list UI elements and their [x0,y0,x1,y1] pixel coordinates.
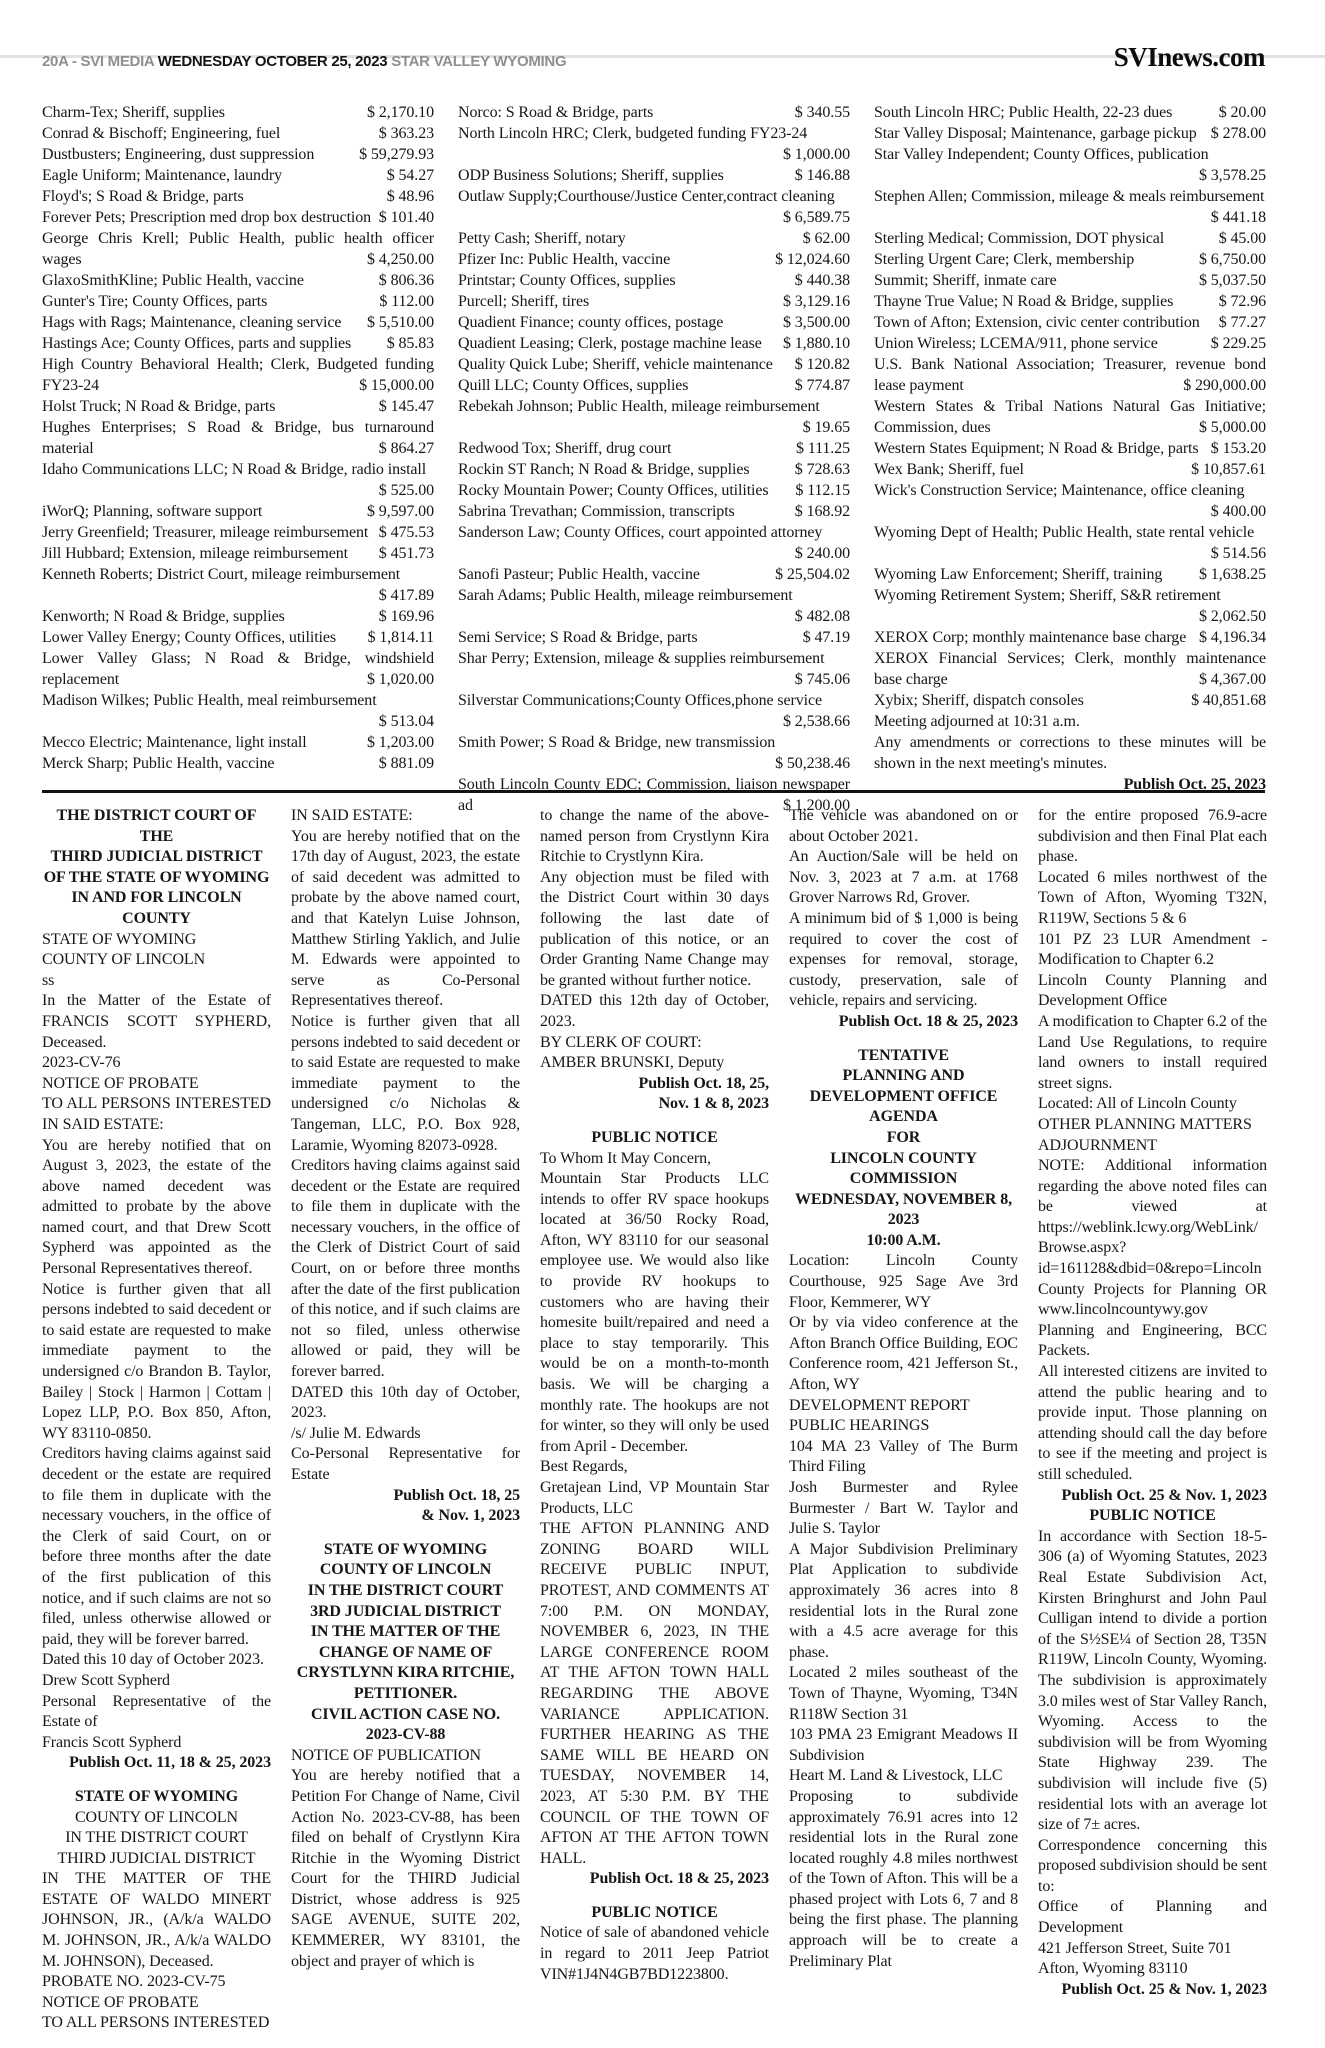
payment-description: iWorQ; Planning, software support [42,503,262,520]
payment-entry: George Chris Krell; Public Health, publi… [42,228,434,270]
legal-text-block: Personal Representative of the Estate of [42,1692,271,1733]
payment-amount: $ 728.63 [795,459,850,480]
payment-description: GlaxoSmithKline; Public Health, vaccine [42,272,304,289]
payment-entry: Printstar; County Offices, supplies$ 440… [458,270,850,291]
legal-text-block: Located: All of Lincoln County [1038,1094,1267,1115]
payment-entry: Jerry Greenfield; Treasurer, mileage rei… [42,522,434,543]
legal-text-block: Dated this 10 day of October 2023. [42,1650,271,1671]
payment-amount: $ 806.36 [379,270,434,291]
payment-amount: $ 774.87 [795,375,850,396]
payment-entry: Western States Equipment; N Road & Bridg… [874,438,1266,459]
legal-text-block: THIRD JUDICIAL DISTRICT [42,1849,271,1870]
payment-entry: Wex Bank; Sheriff, fuel$ 10,857.61 [874,459,1266,480]
payment-description: Jill Hubbard; Extension, mileage reimbur… [42,545,348,562]
payment-amount: $ 5,037.50 [1199,270,1266,291]
payment-entry: U.S. Bank National Association; Treasure… [874,354,1266,396]
legal-text-block: Creditors having claims against said dec… [42,1444,271,1650]
legal-text-block: You are hereby notified that a Petition … [291,1766,520,1972]
payment-description: Dustbusters; Engineering, dust suppressi… [42,146,314,163]
section-divider-rule [42,790,1265,793]
payment-amount: $ 48.96 [387,186,434,207]
legal-text-block: Publish Oct. 11, 18 & 25, 2023 [42,1753,271,1774]
payment-description: XEROX Corp; monthly maintenance base cha… [874,629,1186,646]
legal-text-block: 103 PMA 23 Emigrant Meadows II Subdivisi… [789,1725,1018,1766]
legal-text-block: ss [42,971,271,992]
payment-entry: Wick's Construction Service; Maintenance… [874,480,1266,522]
payment-entry: Union Wireless; LCEMA/911, phone service… [874,333,1266,354]
legal-text-block: Publish Oct. 25 & Nov. 1, 2023 [1038,1980,1267,2001]
payment-description: Quill LLC; County Offices, supplies [458,377,688,394]
legal-text-block: Notice is further given that all persons… [291,1012,520,1156]
minutes-note: Meeting adjourned at 10:31 a.m. [874,711,1266,732]
payment-description: Xybix; Sheriff, dispatch consoles [874,692,1084,709]
payment-entry: Quadient Leasing; Clerk, postage machine… [458,333,850,354]
payment-description: Silverstar Communications;County Offices… [458,692,822,709]
legal-text-block: Publish Oct. 25 & Nov. 1, 2023 [1038,1486,1267,1507]
payment-amount: $ 2,170.10 [367,102,434,123]
payment-entry: Jill Hubbard; Extension, mileage reimbur… [42,543,434,564]
payment-amount: $ 77.27 [1219,312,1266,333]
payment-amount: $ 363.23 [379,123,434,144]
legal-text-block: You are hereby notified that on the 17th… [291,827,520,1012]
payment-entry: Sterling Urgent Care; Clerk, membership$… [874,249,1266,270]
payment-amount: $ 50,238.46 [775,753,850,774]
legal-text-block: In accordance with Section 18-5-306 (a) … [1038,1527,1267,1836]
payment-amount: $ 15,000.00 [359,375,434,396]
payment-amount: $ 111.25 [796,438,850,459]
payment-entry: iWorQ; Planning, software support$ 9,597… [42,501,434,522]
payment-amount: $ 4,250.00 [367,249,434,270]
payments-column-3-entries: South Lincoln HRC; Public Health, 22-23 … [874,102,1266,711]
payment-entry: Summit; Sheriff, inmate care$ 5,037.50 [874,270,1266,291]
payment-amount: $ 514.56 [1211,543,1266,564]
payment-description: Madison Wilkes; Public Health, meal reim… [42,692,377,709]
payment-amount: $ 1,000.00 [783,144,850,165]
payment-description: Charm-Tex; Sheriff, supplies [42,104,225,121]
legal-text-block: TO ALL PERSONS INTERESTED [42,2013,271,2034]
payment-entry: Charm-Tex; Sheriff, supplies$ 2,170.10 [42,102,434,123]
legal-text-block: IN SAID ESTATE: [291,806,520,827]
legal-text-block: for the entire proposed 76.9-acre subdiv… [1038,806,1267,868]
legal-text-block: Co-Personal Representative for Estate [291,1444,520,1485]
payment-description: Rocky Mountain Power; County Offices, ut… [458,482,769,499]
payment-amount: $ 340.55 [795,102,850,123]
payment-entry: Hags with Rags; Maintenance, cleaning se… [42,312,434,333]
legal-text-block: Francis Scott Sypherd [42,1733,271,1754]
legal-text-block: Heart M. Land & Livestock, LLC [789,1766,1018,1787]
payment-description: Rebekah Johnson; Public Health, mileage … [458,398,820,415]
legal-text-block: In the Matter of the Estate of FRANCIS S… [42,991,271,1053]
legal-text-block: NOTICE OF PROBATE [42,1993,271,2014]
payment-description: Wyoming Retirement System; Sheriff, S&R … [874,587,1221,604]
legal-text-block: NOTE: Additional information regarding t… [1038,1156,1267,1362]
payment-description: Summit; Sheriff, inmate care [874,272,1057,289]
payment-amount: $ 169.96 [379,606,434,627]
legal-text-block: PUBLIC HEARINGS [789,1416,1018,1437]
payment-description: Stephen Allen; Commission, mileage & mea… [874,188,1264,205]
legal-text-block: COUNTY OF LINCOLN [42,950,271,971]
payment-description: Star Valley Independent; County Offices,… [874,146,1209,163]
legal-text-block: You are hereby notified that on August 3… [42,1136,271,1280]
legal-text-block: All interested citizens are invited to a… [1038,1362,1267,1486]
payment-amount: $ 19.65 [803,417,850,438]
payment-entry: Stephen Allen; Commission, mileage & mea… [874,186,1266,228]
legal-text-block: COUNTY OF LINCOLN [42,1808,271,1829]
payment-entry: Rockin ST Ranch; N Road & Bridge, suppli… [458,459,850,480]
payment-entry: Quill LLC; County Offices, supplies$ 774… [458,375,850,396]
legal-text-block: Office of Planning and Development [1038,1897,1267,1938]
payment-amount: $ 881.09 [379,753,434,774]
newspaper-page: 20A - SVI MEDIA WEDNESDAY OCTOBER 25, 20… [0,0,1325,2048]
masthead-url: SVInews.com [1114,44,1265,71]
legal-text-block: Creditors having claims against said dec… [291,1156,520,1383]
payment-amount: $ 290,000.00 [1183,375,1266,396]
payment-description: Kenneth Roberts; District Court, mileage… [42,566,400,583]
payment-amount: $ 4,367.00 [1199,669,1266,690]
legal-text-block: Best Regards, [540,1457,769,1478]
legal-text-block: IN THE DISTRICT COURT [42,1828,271,1849]
payment-amount: $ 6,589.75 [783,207,850,228]
legal-text-block: Or by via video conference at the Afton … [789,1313,1018,1395]
legal-text-block: Afton, Wyoming 83110 [1038,1959,1267,1980]
legal-text-block: NOTICE OF PROBATE [42,1074,271,1095]
legal-text-block: STATE OF WYOMING COUNTY OF LINCOLN IN TH… [291,1540,520,1705]
legal-text-block: 104 MA 23 Valley of The Burm Third Filin… [789,1437,1018,1478]
legal-text-block: Any objection must be filed with the Dis… [540,868,769,992]
payment-amount: $ 59,279.93 [359,144,434,165]
payment-amount: $ 3,500.00 [783,312,850,333]
legal-text-block: Publish Oct. 18 & 25, 2023 [789,1012,1018,1033]
payment-entry: Mecco Electric; Maintenance, light insta… [42,732,434,753]
payment-entry: Lower Valley Energy; County Offices, uti… [42,627,434,648]
payment-description: Sterling Medical; Commission, DOT physic… [874,230,1164,247]
payment-entry: Idaho Communications LLC; N Road & Bridg… [42,459,434,501]
payment-entry: Silverstar Communications;County Offices… [458,690,850,732]
payment-amount: $ 112.00 [379,291,434,312]
payment-description: Sanderson Law; County Offices, court app… [458,524,822,541]
payment-entry: Hastings Ace; County Offices, parts and … [42,333,434,354]
payment-description: Smith Power; S Road & Bridge, new transm… [458,734,775,751]
payment-entry: Eagle Uniform; Maintenance, laundry$ 54.… [42,165,434,186]
legal-text-block: Publish Oct. 18, 25 & Nov. 1, 2023 [291,1486,520,1527]
legal-text-block: IN THE MATTER OF THE ESTATE OF WALDO MIN… [42,1869,271,1972]
payment-description: Hughes Enterprises; S Road & Bridge, bus… [42,419,434,457]
legal-column-5: for the entire proposed 76.9-acre subdiv… [1038,806,1267,2034]
payment-entry: Shar Perry; Extension, mileage & supplie… [458,648,850,690]
legal-column-2: IN SAID ESTATE:You are hereby notified t… [291,806,520,2034]
payment-amount: $ 2,538.66 [783,711,850,732]
payment-entry: Lower Valley Glass; N Road & Bridge, win… [42,648,434,690]
folio-header: 20A - SVI MEDIA WEDNESDAY OCTOBER 25, 20… [42,44,1265,71]
legal-text-block: A modification to Chapter 6.2 of the Lan… [1038,1012,1267,1094]
legal-text-block: DATED this 10th day of October, 2023. [291,1383,520,1424]
legal-text-block: The vehicle was abandoned on or about Oc… [789,806,1018,847]
payment-entry: Norco: S Road & Bridge, parts$ 340.55 [458,102,850,123]
payment-entry: Rocky Mountain Power; County Offices, ut… [458,480,850,501]
payment-amount: $ 168.92 [795,501,850,522]
legal-column-1: THE DISTRICT COURT OF THE THIRD JUDICIAL… [42,806,271,2034]
legal-text-block: BY CLERK OF COURT: [540,1033,769,1054]
payment-entry: Purcell; Sheriff, tires$ 3,129.16 [458,291,850,312]
legal-text-block: DATED this 12th day of October, 2023. [540,991,769,1032]
legal-text-block: PUBLIC NOTICE [540,1903,769,1924]
legal-text-block: Proposing to subdivide approximately 76.… [789,1787,1018,1972]
legal-text-block: To Whom It May Concern, [540,1149,769,1170]
payment-description: Star Valley Disposal; Maintenance, garba… [874,125,1197,142]
payment-description: Jerry Greenfield; Treasurer, mileage rei… [42,524,368,541]
payment-amount: $ 745.06 [795,669,850,690]
legal-text-block: Notice of sale of abandoned vehicle in r… [540,1923,769,1985]
legal-text-block [42,1774,271,1787]
payment-amount: $ 5,510.00 [367,312,434,333]
legal-text-block: Located 2 miles southeast of the Town of… [789,1663,1018,1725]
payment-amount: $ 10,857.61 [1191,459,1266,480]
payment-entry: Floyd's; S Road & Bridge, parts$ 48.96 [42,186,434,207]
legal-text-block: Lincoln County Planning and Development … [1038,971,1267,1012]
payment-description: Kenworth; N Road & Bridge, supplies [42,608,285,625]
payment-entry: GlaxoSmithKline; Public Health, vaccine$… [42,270,434,291]
payment-amount: $ 440.38 [795,270,850,291]
payment-amount: $ 112.15 [795,480,850,501]
payment-description: Printstar; County Offices, supplies [458,272,676,289]
payment-amount: $ 513.04 [379,711,434,732]
legal-text-block: Mountain Star Products LLC intends to of… [540,1169,769,1457]
legal-text-block: Correspondence concerning this proposed … [1038,1836,1267,1898]
payment-amount: $ 451.73 [379,543,434,564]
payment-entry: Sanderson Law; County Offices, court app… [458,522,850,564]
legal-text-block: PUBLIC NOTICE [1038,1506,1267,1527]
payment-entry: High Country Behavioral Health; Clerk, B… [42,354,434,396]
payment-entry: Wyoming Retirement System; Sheriff, S&R … [874,585,1266,627]
legal-text-block: Josh Burmester and Rylee Burmester / Bar… [789,1478,1018,1540]
legal-text-block: PUBLIC NOTICE [540,1128,769,1149]
region-label: STAR VALLEY WYOMING [391,53,566,70]
payment-entry: ODP Business Solutions; Sheriff, supplie… [458,165,850,186]
payment-amount: $ 101.40 [379,207,434,228]
payment-description: Hags with Rags; Maintenance, cleaning se… [42,314,341,331]
payment-amount: $ 441.18 [1211,207,1266,228]
payment-entry: Gunter's Tire; County Offices, parts$ 11… [42,291,434,312]
payment-amount: $ 1,880.10 [783,333,850,354]
legal-text-block: OTHER PLANNING MATTERS [1038,1115,1267,1136]
page-number-label: 20A - SVI MEDIA [42,53,154,70]
legal-text-block: STATE OF WYOMING [42,1787,271,1808]
payment-entry: Outlaw Supply;Courthouse/Justice Center,… [458,186,850,228]
payment-entry: Sterling Medical; Commission, DOT physic… [874,228,1266,249]
payment-amount: $ 85.83 [387,333,434,354]
payment-entry: XEROX Corp; monthly maintenance base cha… [874,627,1266,648]
payment-entry: Madison Wilkes; Public Health, meal reim… [42,690,434,732]
payment-description: South Lincoln HRC; Public Health, 22-23 … [874,104,1172,121]
payment-amount: $ 5,000.00 [1199,417,1266,438]
payment-entry: Kenneth Roberts; District Court, mileage… [42,564,434,606]
legal-text-block: Location: Lincoln County Courthouse, 925… [789,1251,1018,1313]
payment-description: Sterling Urgent Care; Clerk, membership [874,251,1134,268]
payment-amount: $ 72.96 [1219,291,1266,312]
payment-amount: $ 400.00 [1211,501,1266,522]
legal-text-block: Located 6 miles northwest of the Town of… [1038,868,1267,930]
legal-text-block: 421 Jefferson Street, Suite 701 [1038,1939,1267,1960]
legal-column-3: to change the name of the above-named pe… [540,806,769,2034]
payment-amount: $ 3,129.16 [783,291,850,312]
payment-description: Eagle Uniform; Maintenance, laundry [42,167,282,184]
payment-description: Purcell; Sheriff, tires [458,293,589,310]
payment-description: Hastings Ace; County Offices, parts and … [42,335,351,352]
legal-text-block: ADJOURNMENT [1038,1136,1267,1157]
payment-description: Conrad & Bischoff; Engineering, fuel [42,125,280,142]
payment-description: Merck Sharp; Public Health, vaccine [42,755,274,772]
payment-description: Outlaw Supply;Courthouse/Justice Center,… [458,188,835,205]
legal-text-block: An Auction/Sale will be held on Nov. 3, … [789,847,1018,909]
legal-text-block: 2023-CV-76 [42,1053,271,1074]
payment-entry: Western States & Tribal Nations Natural … [874,396,1266,438]
payment-amount: $ 864.27 [379,438,434,459]
payment-description: Idaho Communications LLC; N Road & Bridg… [42,461,426,478]
payment-description: Sanofi Pasteur; Public Health, vaccine [458,566,700,583]
payment-amount: $ 278.00 [1211,123,1266,144]
payment-entry: Semi Service; S Road & Bridge, parts$ 47… [458,627,850,648]
payment-entry: Conrad & Bischoff; Engineering, fuel$ 36… [42,123,434,144]
legal-text-block [540,1115,769,1128]
payment-description: Redwood Tox; Sheriff, drug court [458,440,671,457]
payment-description: Mecco Electric; Maintenance, light insta… [42,734,307,751]
payment-entry: North Lincoln HRC; Clerk, budgeted fundi… [458,123,850,165]
legal-text-block [789,1033,1018,1046]
payment-amount: $ 6,750.00 [1199,249,1266,270]
legal-column-4: The vehicle was abandoned on or about Oc… [789,806,1018,2034]
payment-description: Gunter's Tire; County Offices, parts [42,293,267,310]
legal-text-block: Publish Oct. 18 & 25, 2023 [540,1869,769,1890]
payment-entry: Dustbusters; Engineering, dust suppressi… [42,144,434,165]
legal-text-block: to change the name of the above-named pe… [540,806,769,868]
payment-entry: Star Valley Disposal; Maintenance, garba… [874,123,1266,144]
legal-text-block: A Major Subdivision Preliminary Plat App… [789,1540,1018,1664]
payments-column-1: Charm-Tex; Sheriff, supplies$ 2,170.10Co… [42,102,434,816]
payment-amount: $ 20.00 [1219,102,1266,123]
payments-column-2: Norco: S Road & Bridge, parts$ 340.55Nor… [458,102,850,816]
legal-text-block: TO ALL PERSONS INTERESTED IN SAID ESTATE… [42,1094,271,1135]
payment-entry: Thayne True Value; N Road & Bridge, supp… [874,291,1266,312]
payment-entry: Wyoming Law Enforcement; Sheriff, traini… [874,564,1266,585]
payment-amount: $ 482.08 [795,606,850,627]
payment-description: Quadient Leasing; Clerk, postage machine… [458,335,762,352]
legal-text-block [291,1527,520,1540]
payment-amount: $ 62.00 [803,228,850,249]
legal-text-block: /s/ Julie M. Edwards [291,1424,520,1445]
folio-left: 20A - SVI MEDIA WEDNESDAY OCTOBER 25, 20… [42,53,566,70]
payment-amount: $ 1,203.00 [367,732,434,753]
payment-amount: $ 1,020.00 [367,669,434,690]
payment-entry: Sabrina Trevathan; Commission, transcrip… [458,501,850,522]
legal-text-block: Notice is further given that all persons… [42,1280,271,1445]
payment-description: Forever Pets; Prescription med drop box … [42,209,371,226]
payment-amount: $ 120.82 [795,354,850,375]
payment-description: Lower Valley Energy; County Offices, uti… [42,629,336,646]
legal-text-block: TENTATIVE PLANNING AND DEVELOPMENT OFFIC… [789,1046,1018,1252]
payment-amount: $ 240.00 [795,543,850,564]
payment-description: ODP Business Solutions; Sheriff, supplie… [458,167,724,184]
payment-amount: $ 3,578.25 [1199,165,1266,186]
payment-description: Quadient Finance; county offices, postag… [458,314,723,331]
payment-amount: $ 9,597.00 [367,501,434,522]
payment-amount: $ 417.89 [379,585,434,606]
legal-text-block: THE AFTON PLANNING AND ZONING BOARD WILL… [540,1519,769,1869]
legal-text-block: Publish Oct. 18, 25, Nov. 1 & 8, 2023 [540,1074,769,1115]
payment-entry: Wyoming Dept of Health; Public Health, s… [874,522,1266,564]
payment-amount: $ 1,814.11 [368,627,434,648]
payment-amount: $ 2,062.50 [1199,606,1266,627]
payment-amount: $ 25,504.02 [775,564,850,585]
payment-description: Wex Bank; Sheriff, fuel [874,461,1024,478]
legal-text-block: 101 PZ 23 LUR Amendment - Modification t… [1038,930,1267,971]
payment-entry: Redwood Tox; Sheriff, drug court$ 111.25 [458,438,850,459]
payment-entry: Rebekah Johnson; Public Health, mileage … [458,396,850,438]
payment-amount: $ 153.20 [1211,438,1266,459]
payment-amount: $ 12,024.60 [775,249,850,270]
payment-amount: $ 145.47 [379,396,434,417]
payment-entry: Holst Truck; N Road & Bridge, parts$ 145… [42,396,434,417]
legal-text-block: AMBER BRUNSKI, Deputy [540,1053,769,1074]
legal-text-block: Drew Scott Sypherd [42,1671,271,1692]
legal-text-block: THE DISTRICT COURT OF THE THIRD JUDICIAL… [42,806,271,930]
payment-amount: $ 45.00 [1219,228,1266,249]
payment-entry: Sanofi Pasteur; Public Health, vaccine$ … [458,564,850,585]
payment-description: Floyd's; S Road & Bridge, parts [42,188,244,205]
payment-entry: Town of Afton; Extension, civic center c… [874,312,1266,333]
payment-entry: Sarah Adams; Public Health, mileage reim… [458,585,850,627]
payment-amount: $ 1,638.25 [1199,564,1266,585]
payment-description: Pfizer Inc: Public Health, vaccine [458,251,670,268]
legal-text-block: PROBATE NO. 2023-CV-75 [42,1972,271,1993]
payment-entry: Smith Power; S Road & Bridge, new transm… [458,732,850,774]
payment-description: Quality Quick Lube; Sheriff, vehicle mai… [458,356,773,373]
payment-description: Sarah Adams; Public Health, mileage reim… [458,587,793,604]
payment-description: Union Wireless; LCEMA/911, phone service [874,335,1158,352]
payment-description: Wick's Construction Service; Maintenance… [874,482,1244,499]
payment-description: Semi Service; S Road & Bridge, parts [458,629,697,646]
payment-entry: Xybix; Sheriff, dispatch consoles$ 40,85… [874,690,1266,711]
payment-description: Norco: S Road & Bridge, parts [458,104,653,121]
payment-entry: Kenworth; N Road & Bridge, supplies$ 169… [42,606,434,627]
payment-description: Wyoming Law Enforcement; Sheriff, traini… [874,566,1162,583]
payments-section: Charm-Tex; Sheriff, supplies$ 2,170.10Co… [42,102,1265,816]
payments-column-3-notes: Meeting adjourned at 10:31 a.m.Any amend… [874,711,1266,795]
payment-entry: Merck Sharp; Public Health, vaccine$ 881… [42,753,434,774]
legal-text-block: Gretajean Lind, VP Mountain Star Product… [540,1478,769,1519]
payment-amount: $ 229.25 [1211,333,1266,354]
legal-text-block: CIVIL ACTION CASE NO. 2023-CV-88 [291,1705,520,1746]
payment-entry: South Lincoln HRC; Public Health, 22-23 … [874,102,1266,123]
payment-amount: $ 40,851.68 [1191,690,1266,711]
payment-description: Rockin ST Ranch; N Road & Bridge, suppli… [458,461,750,478]
payment-entry: Quality Quick Lube; Sheriff, vehicle mai… [458,354,850,375]
legal-text-block: A minimum bid of $ 1,000 is being requir… [789,909,1018,1012]
payment-entry: Petty Cash; Sheriff, notary$ 62.00 [458,228,850,249]
payment-amount: $ 4,196.34 [1199,627,1266,648]
payment-entry: XEROX Financial Services; Clerk, monthly… [874,648,1266,690]
payment-entry: Pfizer Inc: Public Health, vaccine$ 12,0… [458,249,850,270]
legal-text-block: NOTICE OF PUBLICATION [291,1746,520,1767]
legal-notices-section: THE DISTRICT COURT OF THE THIRD JUDICIAL… [42,806,1268,2034]
date-label: WEDNESDAY OCTOBER 25, 2023 [158,53,388,70]
payment-entry: Forever Pets; Prescription med drop box … [42,207,434,228]
payment-entry: Star Valley Independent; County Offices,… [874,144,1266,186]
payment-amount: $ 47.19 [803,627,850,648]
payments-column-3: South Lincoln HRC; Public Health, 22-23 … [874,102,1266,816]
payment-amount: $ 54.27 [387,165,434,186]
payment-description: Sabrina Trevathan; Commission, transcrip… [458,503,735,520]
payment-description: Thayne True Value; N Road & Bridge, supp… [874,293,1173,310]
